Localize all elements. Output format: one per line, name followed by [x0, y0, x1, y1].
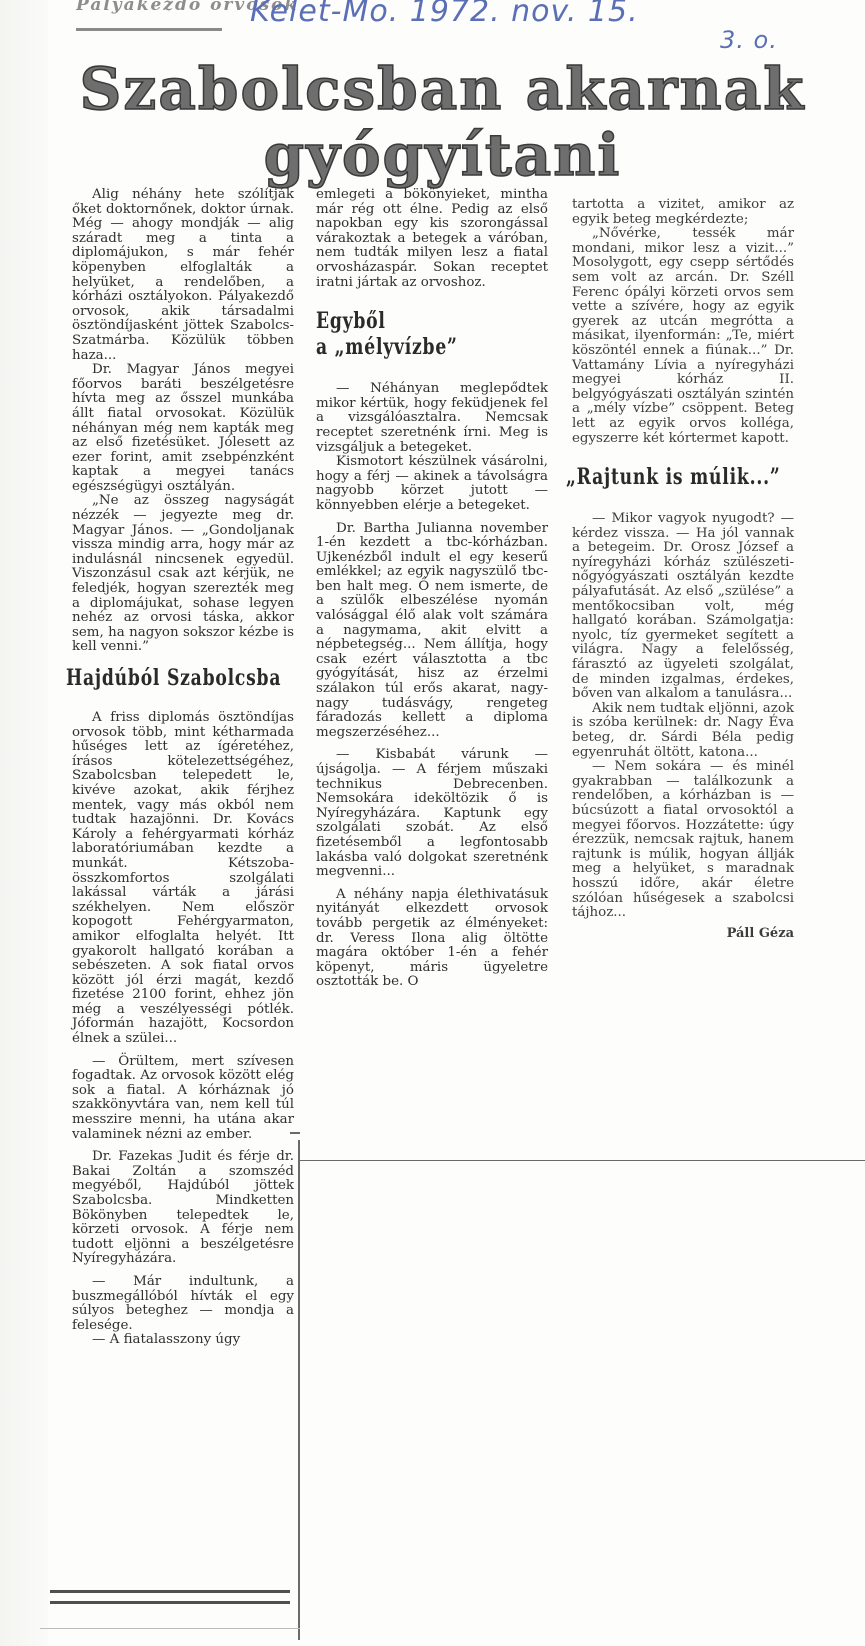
paragraph: emlegeti a bökönyieket, mintha már rég o…: [316, 188, 548, 290]
end-rule-top: [50, 1590, 290, 1593]
paragraph: A friss diplomás ösztöndíjas orvosok töb…: [72, 711, 294, 1047]
paragraph: — Néhányan meglepődtek mikor kértük, hog…: [316, 382, 548, 455]
paragraph: Dr. Fazekas Judit és férje dr. Bakai Zol…: [72, 1150, 294, 1267]
handwritten-source-note: Kelet-Mo. 1972. nov. 15.: [250, 0, 639, 29]
article-column-right: tartotta a vizitet, amikor az egyik bete…: [572, 198, 794, 941]
handwritten-page-note: 3. o.: [720, 26, 778, 54]
author-byline: Páll Géza: [572, 927, 794, 942]
column-rule-tick: [290, 1132, 300, 1134]
paragraph: tartotta a vizitet, amikor az egyik bete…: [572, 198, 794, 227]
end-rule-bottom: [50, 1601, 290, 1604]
subheading: Hajdúból Szabolcsba: [66, 665, 244, 691]
paragraph: Akik nem tudtak eljönni, azok is szóba k…: [572, 702, 794, 760]
paragraph: Alig néhány hete szólítják őket doktornő…: [72, 188, 294, 363]
paragraph: A néhány napja élethivatásuk nyitányát e…: [316, 888, 548, 990]
subheading-line-2: a „mélyvízbe”: [316, 334, 497, 360]
article-column-middle: emlegeti a bökönyieket, mintha már rég o…: [316, 188, 548, 990]
paragraph: „Ne az összeg nagyságát nézzék — jegyezt…: [72, 494, 294, 655]
subheading-group: Egyből a „mélyvízbe”: [316, 308, 548, 360]
paragraph: — Kisbabát várunk — újságolja. — A férje…: [316, 748, 548, 879]
column-rule-vertical: [298, 1140, 300, 1640]
article-column-left: Alig néhány hete szólítják őket doktornő…: [72, 188, 294, 1348]
kicker-underline: [76, 28, 222, 31]
paragraph: „Nővérke, tessék már mondani, mikor lesz…: [572, 227, 794, 446]
paragraph: — A fiatalasszony úgy: [72, 1333, 294, 1348]
paragraph: — Már indultunk, a buszmegállóból hívták…: [72, 1275, 294, 1333]
paragraph: — Mikor vagyok nyugodt? — kérdez vissza.…: [572, 512, 794, 702]
headline-line-2: gyógyítani: [60, 122, 825, 188]
clipping-edge-horizontal: [298, 1160, 865, 1161]
paragraph: Dr. Bartha Julianna november 1-én kezdet…: [316, 522, 548, 741]
subheading-line-1: Egyből: [316, 308, 497, 334]
paragraph: Dr. Magyar János megyei főorvos baráti b…: [72, 363, 294, 494]
scan-margin: [0, 0, 48, 1646]
subheading: „Rajtunk is múlik...”: [566, 464, 744, 490]
paragraph: Kismotort készülnek vásárolni, hogy a fé…: [316, 455, 548, 513]
headline-line-1: Szabolcsban akarnak: [60, 56, 825, 122]
clipping-edge-bottom: [40, 1628, 300, 1629]
paragraph: — Nem sokára — és minél gyakrabban — tal…: [572, 760, 794, 921]
paragraph: — Örültem, mert szívesen fogadtak. Az or…: [72, 1055, 294, 1143]
